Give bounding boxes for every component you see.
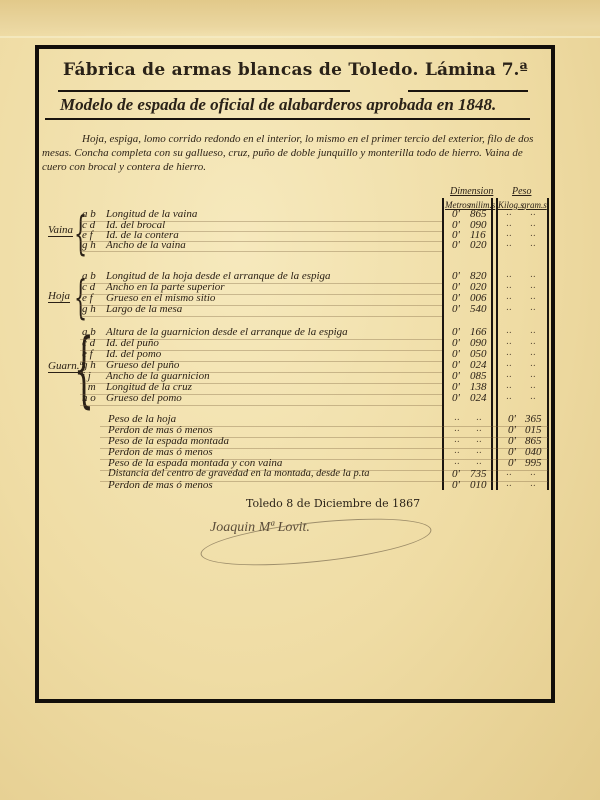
value-g: .. [530,292,536,302]
value-g: .. [530,239,536,249]
row-desc: Ancho de la vaina [106,239,186,251]
value-kg: .. [506,326,512,336]
value-kg: .. [506,337,512,347]
row-rule [80,251,442,252]
value-kg: .. [506,370,512,380]
row-rule [80,405,442,406]
value-m: .. [454,446,460,456]
subtitle-underline [45,118,530,120]
row-key: g h [82,303,96,315]
value-m: 0' [452,479,460,491]
value-g: .. [530,348,536,358]
value-mm: 010 [470,479,487,491]
value-kg: .. [506,381,512,391]
value-kg: .. [506,359,512,369]
date-line: Toledo 8 de Diciembre de 1867 [246,497,420,510]
header-dimension: Dimension [450,186,493,197]
value-mm: .. [476,413,482,423]
value-g: .. [530,370,536,380]
value-kg: .. [506,281,512,291]
paper-stain [0,0,600,38]
plate-number: Lámina 7.ª [425,60,528,80]
value-kg: .. [506,239,512,249]
value-m: .. [454,424,460,434]
value-g: .. [530,208,536,218]
title-underline [58,90,350,92]
value-g: .. [530,326,536,336]
factory-title: Fábrica de armas blancas de Toledo. [63,60,419,80]
column-rule [547,198,549,490]
value-g: .. [530,479,536,489]
row-key: g h [82,239,96,251]
value-mm: .. [476,424,482,434]
value-kg: .. [506,270,512,280]
value-kg: .. [506,392,512,402]
value-g: .. [530,468,536,478]
row-desc: Grueso del pomo [106,392,182,404]
value-mm: .. [476,435,482,445]
row-key: n o [82,392,96,404]
value-g: .. [530,337,536,347]
model-subtitle: Modelo de espada de oficial de alabarder… [60,95,496,115]
value-mm: 024 [470,392,487,404]
weight-desc: Distancia del centro de gravedad en la m… [108,468,369,479]
value-m: 0' [452,303,460,315]
column-rule [442,198,444,490]
description-paragraph: Hoja, espiga, lomo corrido redondo en el… [42,132,550,174]
value-kg: .. [506,292,512,302]
value-m: .. [454,435,460,445]
row-rule [80,316,442,317]
column-rule [491,198,493,490]
value-m: 0' [452,392,460,404]
value-m: .. [454,457,460,467]
value-g: .. [530,281,536,291]
value-g: .. [530,219,536,229]
value-g: .. [530,381,536,391]
column-rule [496,198,498,490]
value-kg: .. [506,208,512,218]
value-mm: 540 [470,303,487,315]
group-label-hoja: Hoja [48,290,70,303]
row-desc: Largo de la mesa [106,303,182,315]
value-m: .. [454,413,460,423]
value-g: .. [530,229,536,239]
value-g: .. [530,270,536,280]
value-mm: 020 [470,239,487,251]
value-g: .. [530,392,536,402]
value-kg: .. [506,348,512,358]
value-kg: .. [506,219,512,229]
value-kg: .. [506,303,512,313]
value-kg: .. [506,479,512,489]
plate-underline [408,90,528,92]
value-mm: .. [476,446,482,456]
signature: Joaquin Mª Lovit. [210,520,310,536]
group-label-vaina: Vaina [48,224,73,237]
value-kg: .. [506,468,512,478]
value-m: 0' [452,239,460,251]
value-mm: .. [476,457,482,467]
header-peso: Peso [512,186,531,197]
value-g: .. [530,359,536,369]
value-g: .. [530,303,536,313]
sheet-edge [0,36,600,38]
value-kg: .. [506,229,512,239]
weight-desc: Perdon de mas ó menos [108,479,213,491]
